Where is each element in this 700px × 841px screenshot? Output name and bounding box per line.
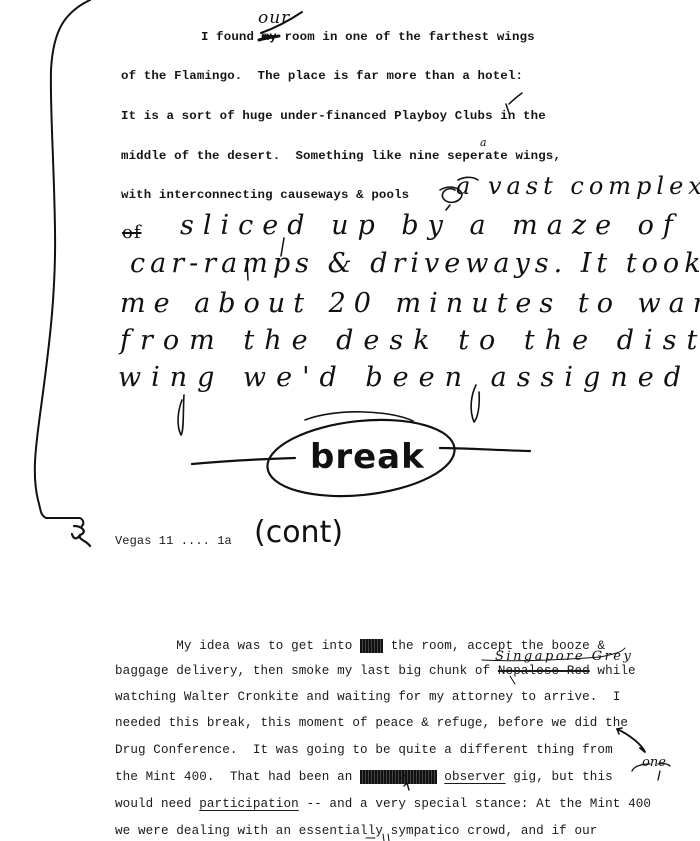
handwritten-line-2: sliced up by a maze of	[180, 210, 682, 241]
indent-mark	[72, 526, 90, 546]
x-out-hhmm: hhmmmmmmpp	[360, 770, 437, 784]
typed-line-b3: watching Walter Cronkite and waiting for…	[115, 690, 620, 704]
typed-line-b8: we were dealing with an essentially symp…	[115, 824, 597, 838]
descender-loop-left	[178, 395, 184, 435]
typed-line-b7: would need participation -- and a very s…	[115, 797, 651, 811]
struck-nepalese-red: Nepalese Red	[498, 664, 590, 678]
handwritten-line-1: a vast complex,	[456, 172, 700, 200]
typed-line-b6: the Mint 400. That had been an hhmmmmmmp…	[115, 770, 613, 784]
handwritten-line-6: wing we'd been assigned to.	[118, 362, 700, 393]
left-bracket-mark	[35, 0, 90, 526]
page-header-cont: (cont)	[254, 515, 343, 550]
handwritten-a-insert: a	[480, 136, 487, 149]
handwritten-line-4: me about 20 minutes to wander	[120, 288, 700, 319]
typed-line-4: middle of the desert. Something like nin…	[121, 149, 561, 163]
manuscript-page: I found my room in one of the farthest w…	[0, 0, 700, 841]
typed-line-5: with interconnecting causeways & pools	[121, 188, 409, 202]
typed-line-2: of the Flamingo. The place is far more t…	[121, 69, 523, 83]
typed-line-b2: baggage delivery, then smoke my last big…	[115, 664, 636, 678]
struck-word-my: my	[262, 30, 277, 44]
x-out-mmm: mmm	[360, 639, 383, 653]
underlined-observer: observer	[444, 770, 505, 784]
handwritten-line-5: from the desk to the distant	[120, 325, 700, 356]
handwritten-singapore-grey: Singapore Grey	[495, 649, 633, 664]
struck-handwritten-of: of	[122, 222, 142, 243]
typed-line-b4: needed this break, this moment of peace …	[115, 716, 628, 730]
typed-line-3: It is a sort of huge under-financed Play…	[121, 109, 546, 123]
underlined-participation: participation	[199, 797, 299, 811]
struck-letter-e: e	[470, 149, 478, 163]
page-header-typed: Vegas 11 .... 1a	[115, 534, 232, 548]
handwritten-line-3: car-ramps & driveways. It took	[130, 248, 700, 279]
insert-arrow-the	[617, 729, 645, 752]
typed-line-1: I found my room in one of the farthest w…	[201, 30, 535, 44]
handwritten-our: our	[258, 8, 290, 28]
pen-marks-overlay	[0, 0, 700, 841]
typed-line-b5: Drug Conference. It was going to be quit…	[115, 743, 613, 757]
struck-letter-s: s	[485, 109, 493, 123]
break-mark-text: break	[310, 437, 425, 477]
handwritten-one: one	[642, 755, 666, 770]
